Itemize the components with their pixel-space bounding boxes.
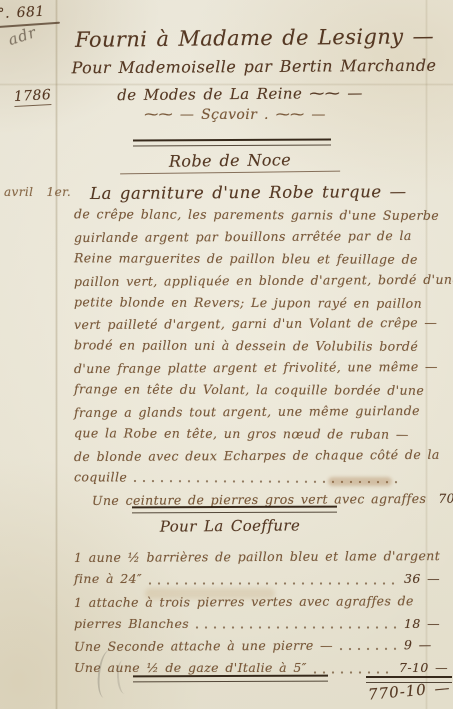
line-item-text: fine à 24″ bbox=[74, 568, 142, 590]
margin-date: avril 1er. bbox=[4, 185, 84, 199]
line-item-price: 9 — bbox=[404, 634, 448, 657]
title-line-supplier: Pour Mademoiselle par Bertin Marchande bbox=[55, 56, 453, 78]
line-item-text: 1 attache à trois pierres vertes avec ag… bbox=[74, 590, 414, 614]
ceinture-price: 700 — bbox=[438, 487, 453, 509]
ink-smudge bbox=[328, 477, 392, 486]
body-line-text: paillon vert, appliquée en blonde d'arge… bbox=[74, 268, 453, 292]
margin-year: 1786 bbox=[14, 87, 52, 107]
body-line: Reine marguerites de paillon bleu et feu… bbox=[74, 247, 418, 270]
line-item: fine à 24″36 — bbox=[74, 568, 448, 590]
body-line-text: Reine marguerites de paillon bleu et feu… bbox=[74, 247, 418, 270]
line-item-text: 1 aune ½ barrières de paillon bleu et la… bbox=[74, 545, 440, 569]
body-line: de crêpe blanc, les parements garnis d'u… bbox=[74, 203, 418, 226]
manuscript-page: f°. 681 adr 1786 Fourni à Madame de Lesi… bbox=[0, 0, 453, 709]
title-line-trade: de Modes de La Reine ⁓⁓ — bbox=[70, 84, 410, 105]
title-line-recipient: Fourni à Madame de Lesigny — bbox=[62, 24, 447, 52]
line-item: pierres Blanches18 — bbox=[74, 613, 448, 635]
body-line-text: guirlande argent par bouillons arrêtée p… bbox=[74, 225, 412, 249]
body-line: frange a glands tout argent, une même gu… bbox=[74, 400, 418, 424]
body-line: vert pailleté d'argent, garni d'un Volan… bbox=[74, 312, 418, 336]
body-line-text: brodé en paillon uni à dessein de Volubi… bbox=[74, 335, 418, 358]
body-line: de blonde avec deux Echarpes de chaque c… bbox=[74, 444, 418, 468]
dotted-leader bbox=[339, 648, 398, 651]
coiffure-items: 1 aune ½ barrières de paillon bleu et la… bbox=[74, 546, 448, 680]
savoir-line: ⁓⁓ — Sçavoir . ⁓⁓ — bbox=[110, 107, 360, 123]
robe-description: La garniture d'une Robe turque — de crêp… bbox=[74, 182, 418, 511]
body-line: guirlande argent par bouillons arrêtée p… bbox=[74, 225, 418, 249]
body-line-text: que la Robe en tête, un gros nœud de rub… bbox=[74, 422, 409, 445]
section-heading-coiffure: Pour La Coeffure bbox=[130, 516, 330, 536]
section-heading-robe-de-noce: Robe de Noce bbox=[120, 150, 340, 175]
body-line: brodé en paillon uni à dessein de Volubi… bbox=[74, 335, 418, 358]
line-item: 1 aune ½ barrières de paillon bleu et la… bbox=[74, 545, 448, 569]
body-line-text: La garniture d'une Robe turque — bbox=[74, 181, 407, 205]
line-item: 1 attache à trois pierres vertes avec ag… bbox=[74, 590, 448, 614]
body-line-text: de crêpe blanc, les parements garnis d'u… bbox=[74, 203, 439, 226]
body-line: paillon vert, appliquée en blonde d'arge… bbox=[74, 269, 418, 293]
dotted-leader bbox=[313, 671, 393, 674]
line-item-price: 36 — bbox=[404, 568, 448, 590]
line-item-text: pierres Blanches bbox=[74, 613, 189, 635]
body-line-text: petite blonde en Revers; Le jupon rayé e… bbox=[74, 291, 422, 314]
dotted-leader bbox=[148, 582, 398, 585]
divider-rule-top bbox=[133, 138, 331, 146]
line-item: Une Seconde attache à une pierre —9 — bbox=[74, 634, 448, 658]
coquille-text: coquille bbox=[74, 466, 127, 488]
body-line: frange en tête du Volant, la coquille bo… bbox=[74, 378, 418, 401]
line-item-price: 18 — bbox=[404, 613, 448, 635]
divider-rule-bottom-left bbox=[133, 675, 328, 683]
folio-number: f°. 681 bbox=[0, 4, 45, 23]
divider-rule-middle bbox=[132, 506, 337, 514]
body-line: que la Robe en tête, un gros nœud de rub… bbox=[74, 422, 418, 445]
dotted-leader bbox=[195, 626, 398, 629]
body-line: La garniture d'une Robe turque — bbox=[74, 181, 418, 205]
left-fold-crease bbox=[55, 0, 58, 709]
body-line-text: vert pailleté d'argent, garni d'un Volan… bbox=[74, 312, 437, 336]
pencil-scribble bbox=[116, 660, 132, 695]
body-line-text: de blonde avec deux Echarpes de chaque c… bbox=[74, 444, 440, 468]
body-line-text: d'une frange platte argent et frivolité,… bbox=[74, 356, 438, 380]
body-line: d'une frange platte argent et frivolité,… bbox=[74, 356, 418, 380]
body-line-text: frange a glands tout argent, une même gu… bbox=[74, 400, 420, 424]
body-line-text: frange en tête du Volant, la coquille bo… bbox=[74, 378, 424, 401]
body-line: petite blonde en Revers; Le jupon rayé e… bbox=[74, 291, 418, 314]
